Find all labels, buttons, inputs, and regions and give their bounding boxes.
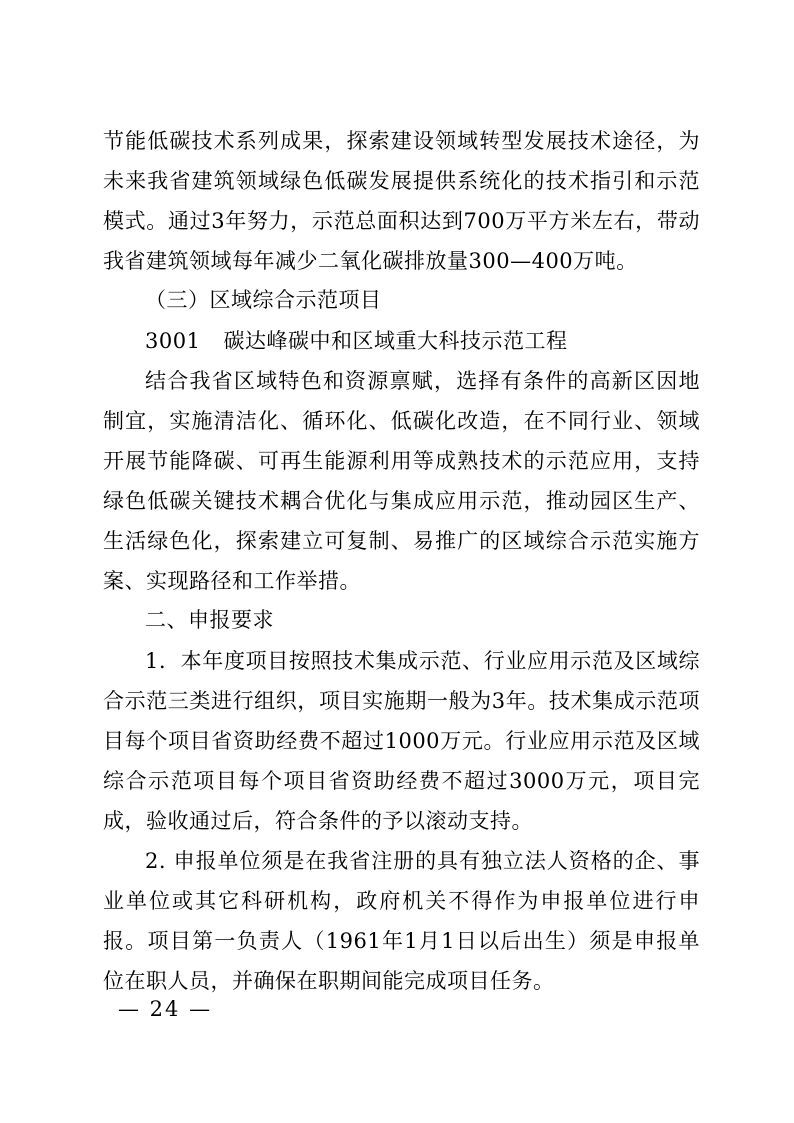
page-number: — 24 — <box>118 994 212 1024</box>
project-line: 3001碳达峰碳中和区域重大科技示范工程 <box>103 321 700 361</box>
document-content: 节能低碳技术系列成果，探索建设领域转型发展技术途径，为未来我省建筑领域绿色低碳发… <box>103 121 700 1001</box>
paragraph-continuation: 节能低碳技术系列成果，探索建设领域转型发展技术途径，为未来我省建筑领域绿色低碳发… <box>103 121 700 281</box>
paragraph-requirement-1: 1．本年度项目按照技术集成示范、行业应用示范及区域综合示范三类进行组织，项目实施… <box>103 641 700 841</box>
paragraph-requirement-2: 2. 申报单位须是在我省注册的具有独立法人资格的企、事业单位或其它科研机构，政府… <box>103 841 700 1001</box>
section-heading-regional-demo: （三）区域综合示范项目 <box>103 281 700 321</box>
project-code: 3001 <box>145 329 200 353</box>
project-title: 碳达峰碳中和区域重大科技示范工程 <box>224 329 568 353</box>
document-page: 节能低碳技术系列成果，探索建设领域转型发展技术途径，为未来我省建筑领域绿色低碳发… <box>0 0 794 1123</box>
section-heading-application-requirements: 二、申报要求 <box>103 601 700 641</box>
paragraph-regional-demo-body: 结合我省区域特色和资源禀赋，选择有条件的高新区因地制宜，实施清洁化、循环化、低碳… <box>103 361 700 601</box>
